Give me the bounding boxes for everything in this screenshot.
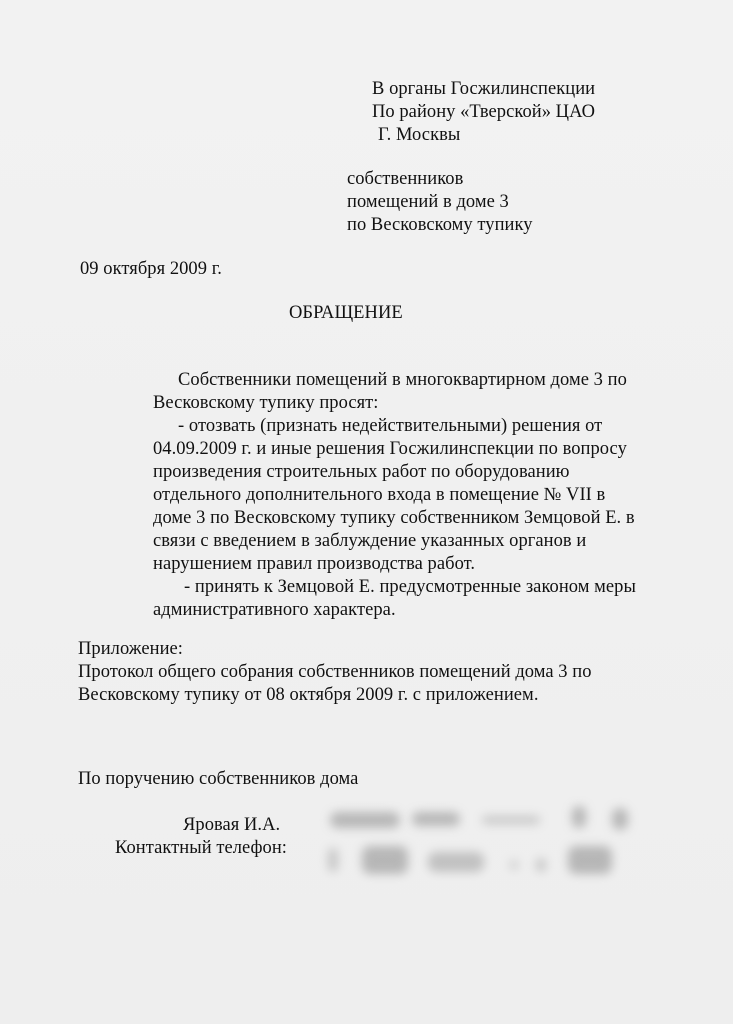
- document-title: ОБРАЩЕНИЕ: [289, 302, 403, 324]
- body-line: связи с введением в заблуждение указанны…: [153, 530, 586, 552]
- signer-name: Яровая И.А.: [183, 814, 280, 836]
- body-line: - принять к Земцовой Е. предусмотренные …: [184, 576, 636, 598]
- phone-label: Контактный телефон:: [115, 837, 287, 859]
- body-line: административного характера.: [153, 599, 396, 621]
- body-line: доме 3 по Весковскому тупику собственник…: [153, 507, 635, 529]
- addressee-line: Г. Москвы: [378, 124, 460, 146]
- attachment-line: Весковскому тупику от 08 октября 2009 г.…: [78, 684, 539, 706]
- addressee-line: В органы Госжилинспекции: [372, 78, 595, 100]
- body-line: - отозвать (признать недействительными) …: [178, 415, 602, 437]
- sender-line: собственников: [347, 168, 463, 190]
- addressee-line: По району «Тверской» ЦАО: [372, 101, 595, 123]
- sender-line: по Весковскому тупику: [347, 214, 533, 236]
- body-line: нарушением правил производства работ.: [153, 553, 475, 575]
- body-line: произведения строительных работ по обору…: [153, 461, 570, 483]
- scanned-document-page: В органы Госжилинспекции По району «Твер…: [0, 0, 733, 1024]
- attachment-label: Приложение:: [78, 638, 183, 660]
- body-line: Собственники помещений в многоквартирном…: [178, 369, 627, 391]
- body-line: отдельного дополнительного входа в помещ…: [153, 484, 605, 506]
- body-line: Весковскому тупику просят:: [153, 392, 379, 414]
- attachment-line: Протокол общего собрания собственников п…: [78, 661, 592, 683]
- document-date: 09 октября 2009 г.: [80, 258, 222, 280]
- sender-line: помещений в доме 3: [347, 191, 509, 213]
- body-line: 04.09.2009 г. и иные решения Госжилинспе…: [153, 438, 627, 460]
- signature-intro: По поручению собственников дома: [78, 768, 358, 790]
